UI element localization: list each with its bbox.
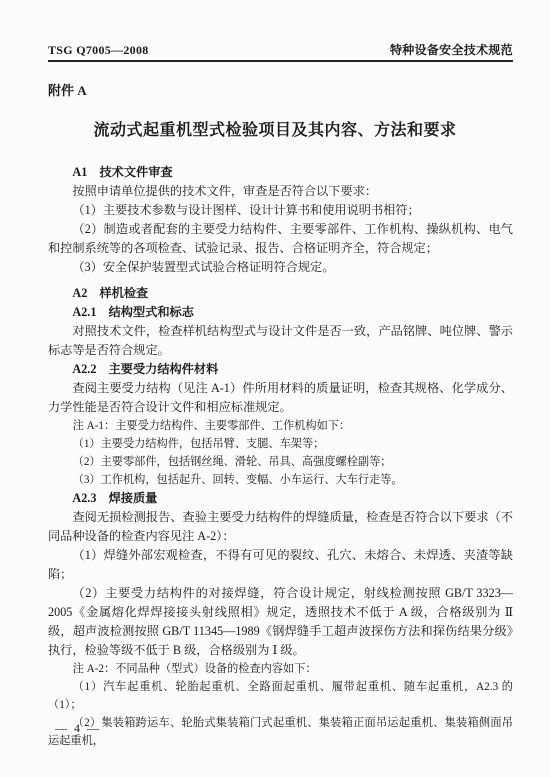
- body-paragraph: （1）主要技术参数与设计图样、设计计算书和使用说明书相符；: [48, 201, 513, 220]
- body-paragraph: （2）制造或者配套的主要受力结构件、主要零部件、工作机构、操纵机构、电气和控制系…: [48, 220, 513, 258]
- body-paragraph: 查阅主要受力结构（见注 A-1）件所用材料的质量证明，检查其规格、化学成分、力学…: [48, 379, 513, 417]
- body-paragraph: 对照技术文件，检查样机结构型式与设计文件是否一致，产品铭牌、吨位牌、警示标志等是…: [48, 322, 513, 360]
- note-line: 注 A-2：不同品种（型式）设备的检查内容如下：: [48, 660, 513, 678]
- section-heading: A2.2 主要受力结构件材料: [48, 360, 513, 379]
- running-header: TSG Q7005—2008 特种设备安全技术规范: [48, 41, 513, 58]
- note-line: （1）主要受力结构件，包括吊臂、支腿、车架等；: [48, 435, 513, 453]
- document-title: 流动式起重机型式检验项目及其内容、方法和要求: [20, 117, 530, 140]
- note-line: 注 A-1：主要受力结构件、主要零部件、工作机构如下：: [48, 417, 513, 435]
- note-line: （2）集装箱跨运车、轮胎式集装箱门式起重机、集装箱正面吊运起重机、集装箱侧面吊运…: [48, 714, 513, 750]
- section-heading: A2.3 焊接质量: [48, 489, 513, 508]
- body-paragraph: （2）主要受力结构件的对接焊缝，符合设计规定，射线检测按照 GB/T 3323—…: [48, 584, 513, 660]
- body-paragraph: （1）焊缝外部宏观检查，不得有可见的裂纹、孔穴、未熔合、未焊透、夹渣等缺陷；: [48, 546, 513, 584]
- page-number: — 4 —: [55, 721, 101, 736]
- body-paragraph: 查阅无损检测报告、查验主要受力结构件的焊缝质量，检查是否符合以下要求（不同品种设…: [48, 508, 513, 546]
- body-paragraph: （3）安全保护装置型式试验合格证明符合规定。: [48, 258, 513, 277]
- header-divider: [48, 60, 513, 62]
- body-paragraph: 按照申请单位提供的技术文件，审查是否符合以下要求：: [48, 182, 513, 201]
- section-heading: A2.1 结构型式和标志: [48, 303, 513, 322]
- doc-category: 特种设备安全技术规范: [390, 41, 513, 58]
- section-heading: A1 技术文件审查: [48, 163, 513, 182]
- annex-label: 附件 A: [48, 80, 87, 99]
- note-line: （2）主要零部件，包括钢丝绳、滑轮、吊具、高强度螺栓副等；: [48, 453, 513, 471]
- doc-code: TSG Q7005—2008: [48, 43, 149, 58]
- note-line: （1）汽车起重机、轮胎起重机、全路面起重机、履带起重机、随车起重机，A2.3 的…: [48, 678, 513, 714]
- section-heading: A2 样机检查: [48, 284, 513, 303]
- note-line: （3）工作机构，包括起升、回转、变幅、小车运行、大车行走等。: [48, 471, 513, 489]
- document-page: TSG Q7005—2008 特种设备安全技术规范 附件 A 流动式起重机型式检…: [0, 0, 550, 777]
- document-body: A1 技术文件审查按照申请单位提供的技术文件，审查是否符合以下要求：（1）主要技…: [48, 163, 513, 750]
